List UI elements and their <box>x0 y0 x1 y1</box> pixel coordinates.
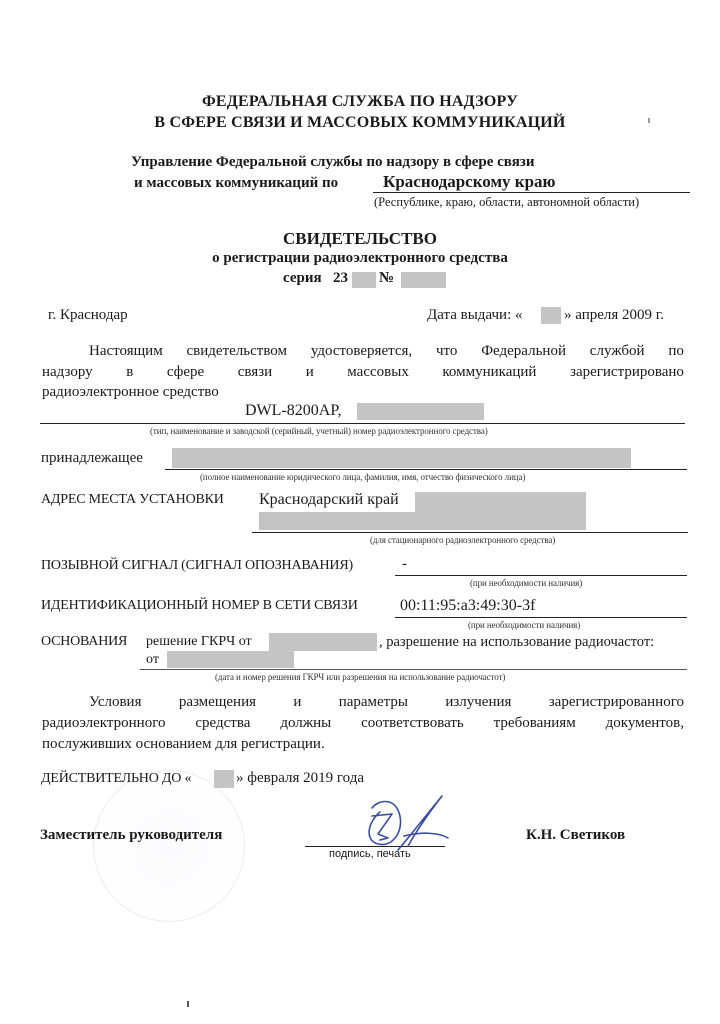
redacted-permission <box>167 651 294 668</box>
word: Настоящим <box>89 343 163 360</box>
redacted-address-2 <box>259 512 586 530</box>
word: свидетельством <box>187 343 288 360</box>
office-line1: Управление Федеральной службы по надзору… <box>131 154 534 171</box>
issue-date-label: Дата выдачи: « <box>427 307 523 324</box>
word: по <box>668 343 684 360</box>
netid-underline <box>395 617 687 618</box>
address-label: АДРЕС МЕСТА УСТАНОВКИ <box>41 492 224 508</box>
word: связи <box>238 364 272 381</box>
conditions-line1: Условияразмещенияипараметрыизлучениязаре… <box>42 694 684 711</box>
word: удостоверяется, <box>311 343 412 360</box>
callsign-caption: (при необходимости наличия) <box>470 578 582 588</box>
address-underline <box>252 532 688 533</box>
word: что <box>436 343 457 360</box>
word: и <box>306 364 314 381</box>
signatory-name: К.Н. Светиков <box>526 827 625 844</box>
redacted-issue-day <box>541 307 561 324</box>
basis-decision-prefix: решение ГКРЧ от <box>146 634 252 650</box>
word: коммуникаций <box>442 364 536 381</box>
word: соответствовать <box>361 715 464 732</box>
word: размещения <box>179 694 256 711</box>
owner-caption: (полное наименование юридического лица, … <box>200 472 525 482</box>
word: надзору <box>42 364 93 381</box>
word: Условия <box>89 694 141 711</box>
redacted-serial <box>357 403 484 420</box>
owner-underline <box>165 469 687 470</box>
device-name: DWL-8200AP, <box>245 402 341 420</box>
basis-label: ОСНОВАНИЯ <box>41 634 127 650</box>
word: требованиям <box>494 715 576 732</box>
device-underline <box>40 423 685 424</box>
redacted-owner <box>172 448 631 468</box>
basis-caption: (дата и номер решения ГКРЧ или разрешени… <box>215 672 505 682</box>
device-caption: (тип, наименование и заводской (серийный… <box>150 426 488 436</box>
conditions-line2: радиоэлектронногосредствадолжнысоответст… <box>42 715 684 732</box>
basis-permission: , разрешение на использование радиочасто… <box>379 634 654 651</box>
address-value: Краснодарский край <box>259 491 399 509</box>
redacted-decision <box>269 633 377 651</box>
netid-label: ИДЕНТИФИКАЦИОННЫЙ НОМЕР В СЕТИ СВЯЗИ <box>41 598 358 614</box>
callsign-value: - <box>402 556 407 573</box>
word: службой <box>590 343 645 360</box>
word: зарегистрировано <box>570 364 684 381</box>
para1-line1: Настоящимсвидетельствомудостоверяется,чт… <box>42 343 684 360</box>
word: должны <box>280 715 331 732</box>
redacted-number <box>401 272 446 288</box>
handwritten-signature-icon <box>358 792 458 854</box>
word: параметры <box>339 694 408 711</box>
word: массовых <box>347 364 409 381</box>
word: сфере <box>167 364 204 381</box>
scan-speck <box>187 1001 189 1007</box>
owner-label: принадлежащее <box>41 450 143 467</box>
address-caption: (для стационарного радиоэлектронного сре… <box>370 535 555 545</box>
basis-from: от <box>146 652 159 668</box>
agency-title-line2: В СФЕРЕ СВЯЗИ И МАССОВЫХ КОММУНИКАЦИЙ <box>0 114 720 132</box>
certificate-subtitle: о регистрации радиоэлектронного средства <box>0 250 720 267</box>
redacted-validity-day <box>214 770 234 788</box>
word: радиоэлектронного <box>42 715 165 732</box>
para1-line3: радиоэлектронное средство <box>42 384 219 401</box>
official-stamp <box>93 770 245 922</box>
issue-date-suffix: » апреля 2009 г. <box>564 307 664 324</box>
signer-position: Заместитель руководителя <box>40 827 222 844</box>
netid-value: 00:11:95:a3:49:30-3f <box>400 597 535 615</box>
conditions-line3: послуживших основанием для регистрации. <box>42 736 325 753</box>
callsign-underline <box>395 575 687 576</box>
basis-underline <box>140 669 687 670</box>
office-line2-prefix: и массовых коммуникаций по <box>134 175 338 192</box>
word: Федеральной <box>481 343 566 360</box>
para1-line2: надзорувсфересвязиимассовыхкоммуникацийз… <box>42 364 684 381</box>
redacted-series <box>352 272 376 288</box>
number-label: № <box>379 270 394 287</box>
netid-caption: (при необходимости наличия) <box>468 620 580 630</box>
redacted-address-1 <box>415 492 586 512</box>
region-caption: (Республике, краю, области, автономной о… <box>374 195 639 210</box>
validity-prefix: ДЕЙСТВИТЕЛЬНО ДО « <box>41 771 191 787</box>
word: документов, <box>606 715 684 732</box>
word: зарегистрированного <box>549 694 684 711</box>
word: излучения <box>445 694 511 711</box>
office-region: Краснодарскому краю <box>383 172 556 192</box>
validity-suffix: » февраля 2019 года <box>236 770 364 787</box>
word: и <box>293 694 301 711</box>
word: средства <box>195 715 250 732</box>
certificate-title: СВИДЕТЕЛЬСТВО <box>0 229 720 249</box>
word: в <box>126 364 133 381</box>
agency-title-line1: ФЕДЕРАЛЬНАЯ СЛУЖБА ПО НАДЗОРУ <box>0 93 720 111</box>
issue-city: г. Краснодар <box>48 307 128 324</box>
region-underline <box>373 192 690 193</box>
callsign-label: ПОЗЫВНОЙ СИГНАЛ (СИГНАЛ ОПОЗНАВАНИЯ) <box>41 558 353 574</box>
series-label: серия <box>283 270 322 287</box>
series-prefix: 23 <box>333 270 348 287</box>
